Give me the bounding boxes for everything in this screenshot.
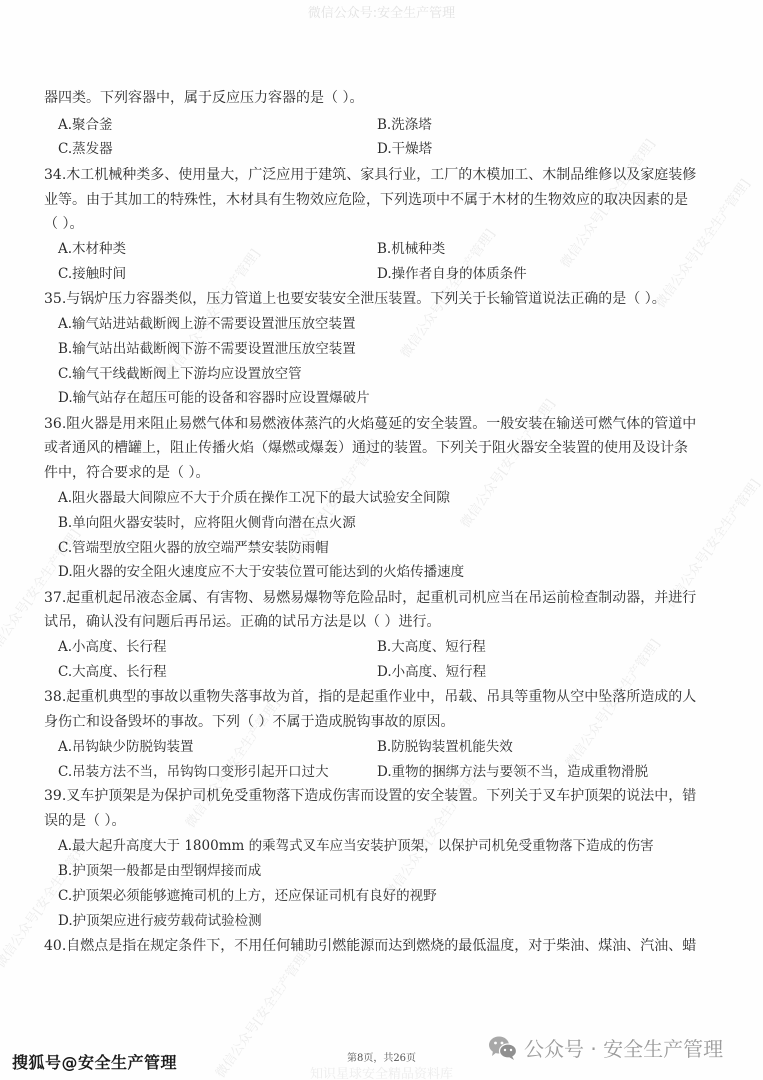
- q34-option-a: A.木材种类: [58, 239, 126, 259]
- q36-option-b: B.单向阻火器安装时，应将阻火侧背向潜在点火源: [58, 513, 356, 533]
- q39-option-d: D.护顶架应进行疲劳载荷试验检测: [58, 911, 262, 931]
- sohu-source-mark: 搜狐号@安全生产管理: [12, 1050, 177, 1073]
- q33-option-b: B.洗涤塔: [377, 115, 432, 135]
- q35-option-c: C.输气干线截断阀上下游均应设置放空管: [58, 364, 302, 384]
- q39-stem-line-1: 39.叉车护顶架是为保护司机免受重物落下造成伤害而设置的安全装置。下列关于叉车护…: [44, 786, 696, 806]
- wechat-icon: [488, 1035, 518, 1061]
- q37-stem-line-2: 试吊，确认没有问题后再吊运。正确的试吊方法是以（ ）进行。: [44, 612, 440, 632]
- q34-option-b: B.机械种类: [377, 239, 445, 259]
- q35-option-d: D.输气站存在超压可能的设备和容器时应设置爆破片: [58, 388, 370, 408]
- wechat-official-account-mark: 公众号 · 安全生产管理: [488, 1033, 723, 1062]
- q36-option-a: A.阻火器最大间隙应不大于介质在操作工况下的最大试验安全间隙: [58, 488, 450, 508]
- top-watermark: 微信公众号:安全生产管理: [0, 2, 763, 21]
- q38-stem-line-2: 身伤亡和设备毁坏的事故。下列（ ）不属于造成脱钩事故的原因。: [44, 712, 454, 732]
- q33-option-c: C.蒸发器: [58, 139, 113, 159]
- q34-stem-line-2: 业等。由于其加工的特殊性，木材具有生物效应危险，下列选项中不属于木材的生物效应的…: [44, 190, 688, 210]
- q37-option-b: B.大高度、短行程: [377, 637, 486, 657]
- q35-option-b: B.输气站出站截断阀下游不需要设置泄压放空装置: [58, 339, 356, 359]
- q34-option-d: D.操作者自身的体质条件: [377, 264, 527, 284]
- diagonal-watermark: 微信公众号[安全生产管理]: [160, 245, 263, 381]
- q36-option-c: C.管端型放空阻火器的放空端严禁安装防雨帽: [58, 538, 329, 558]
- q36-stem-line-1: 36.阻火器是用来阻止易燃气体和易燃液体蒸汽的火焰蔓延的安全装置。一般安装在输送…: [44, 414, 696, 434]
- q33-option-a: A.聚合釜: [58, 115, 113, 135]
- q39-option-b: B.护顶架一般都是由型钢焊接而成: [58, 861, 261, 881]
- q34-option-c: C.接触时间: [58, 264, 126, 284]
- q36-stem-line-2: 或者通风的槽罐上，阻止传播火焰（爆燃或爆轰）通过的装置。下列关于阻火器安全装置的…: [44, 438, 688, 458]
- q38-stem-line-1: 38.起重机典型的事故以重物失落事故为首，指的是起重作业中，吊载、吊具等重物从空…: [44, 687, 696, 707]
- q37-option-d: D.小高度、短行程: [377, 662, 486, 682]
- q37-stem-line-1: 37.起重机起吊液态金属、有害物、易燃易爆物等危险品时，起重机司机应当在吊运前检…: [44, 588, 696, 608]
- q36-stem-line-3: 件中，符合要求的是（ ）。: [44, 463, 209, 483]
- q40-stem-line-1: 40.自燃点是指在规定条件下，不用任何辅助引燃能源而达到燃烧的最低温度，对于柴油…: [44, 936, 696, 956]
- q33-stem: 器四类。下列容器中，属于反应压力容器的是（ ）。: [44, 88, 363, 108]
- q38-option-c: C.吊装方法不当，吊钩钩口变形引起开口过大: [58, 762, 329, 782]
- diagonal-watermark: 微信公众号[安全生产管理]: [380, 765, 483, 901]
- document-page: 微信公众号:安全生产管理 微信公众号[安全生产管理] 微信公众号[安全生产管理]…: [0, 0, 763, 1080]
- q39-option-a: A.最大起升高度大于 1800mm 的乘驾式叉车应当安装护顶架，以保护司机免受重…: [58, 836, 654, 856]
- q35-option-a: A.输气站进站截断阀上游不需要设置泄压放空装置: [58, 314, 356, 334]
- q34-stem-line-3: （ ）。: [44, 214, 83, 234]
- q38-option-a: A.吊钩缺少防脱钩装置: [58, 737, 194, 757]
- q36-option-d: D.阻火器的安全阻火速度应不大于安装位置可能达到的火焰传播速度: [58, 562, 464, 582]
- q33-option-d: D.干燥塔: [377, 139, 432, 159]
- q38-option-b: B.防脱钩装置机能失效: [377, 737, 513, 757]
- q39-option-c: C.护顶架必须能够遮掩司机的上方，还应保证司机有良好的视野: [58, 886, 437, 906]
- q38-option-d: D.重物的捆绑方法与要领不当，造成重物滑脱: [377, 762, 648, 782]
- q37-option-a: A.小高度、长行程: [58, 637, 167, 657]
- q39-stem-line-2: 误的是（ ）。: [44, 811, 125, 831]
- q37-option-c: C.大高度、长行程: [58, 662, 167, 682]
- q35-stem: 35.与锅炉压力容器类似，压力管道上也要安装安全泄压装置。下列关于长输管道说法正…: [44, 289, 666, 309]
- q34-stem-line-1: 34.木工机械种类多、使用量大，广泛应用于建筑、家具行业，工厂的木模加工、木制品…: [44, 165, 696, 185]
- wechat-account-label: 公众号 · 安全生产管理: [524, 1033, 723, 1062]
